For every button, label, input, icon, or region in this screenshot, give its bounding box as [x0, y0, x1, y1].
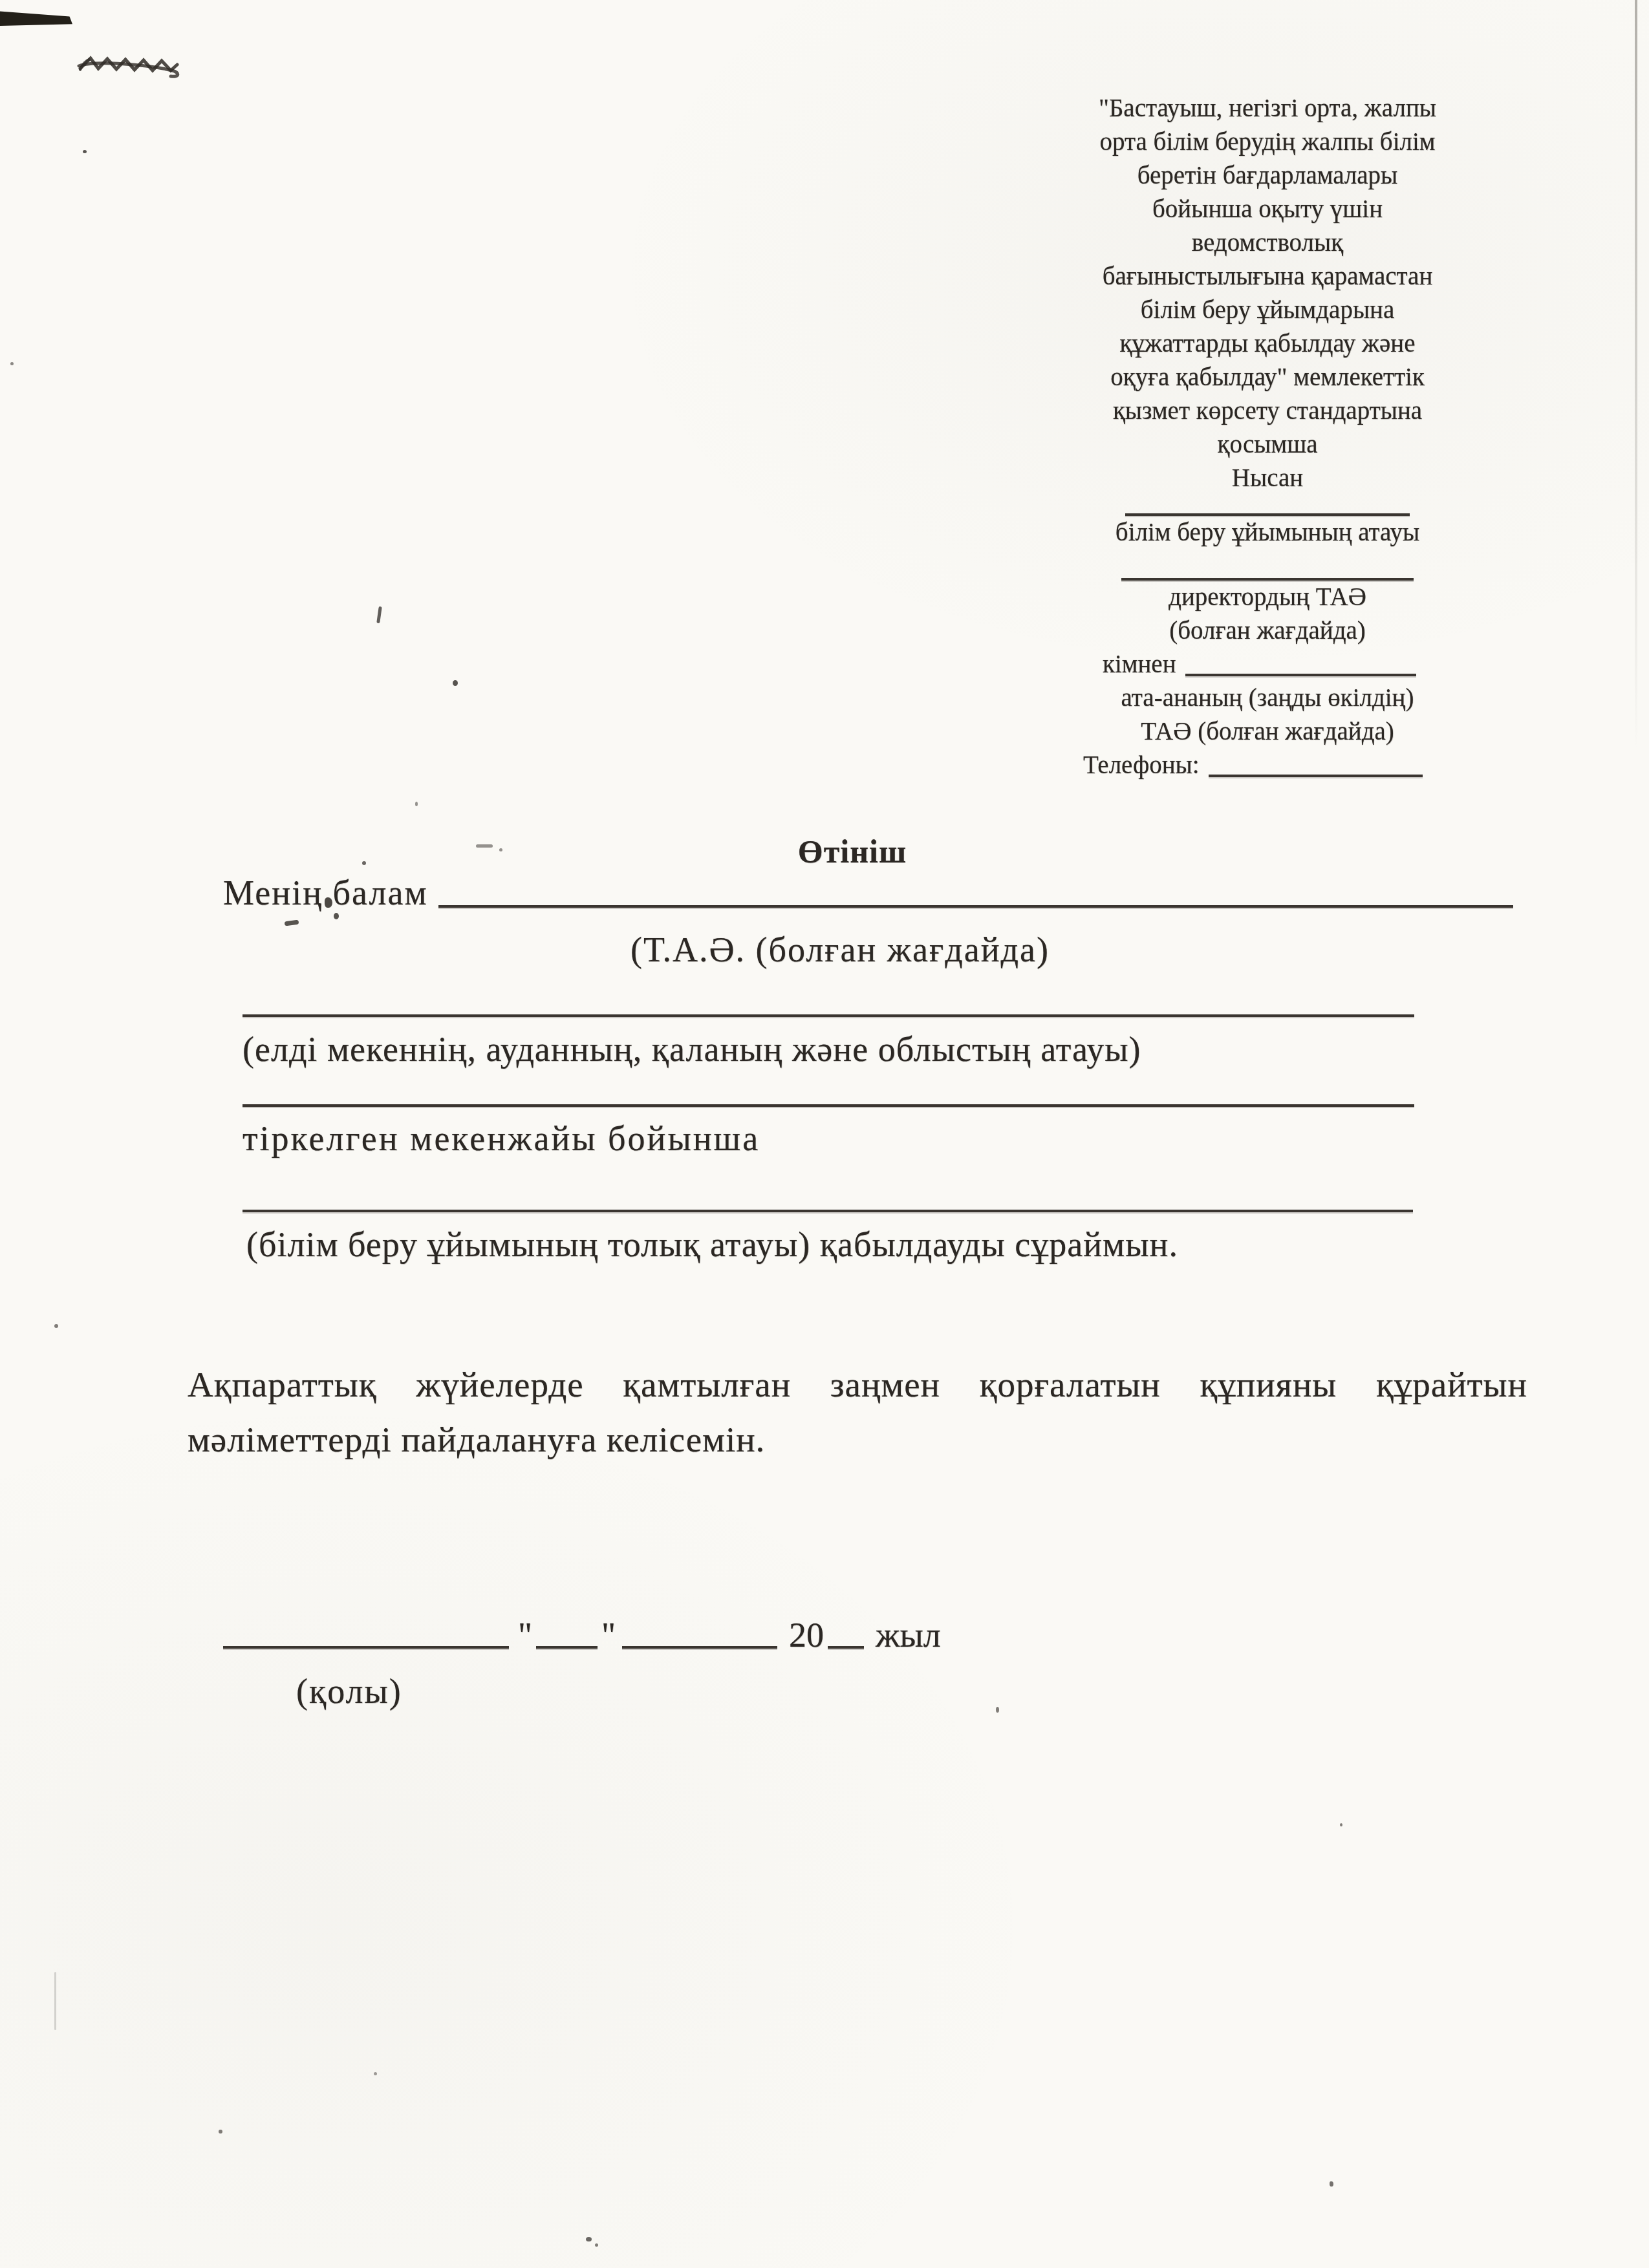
parent-caption-line1: ата-ананың (заңды өкілдің)	[1041, 681, 1494, 715]
child-name-field-row: Менің балам	[223, 874, 1513, 912]
director-caption-line1: директордың ТАӘ	[1041, 581, 1494, 614]
child-name-caption: (Т.А.Ә. (болған жағдайда)	[630, 930, 1050, 970]
ink-speck	[586, 2237, 592, 2241]
from-label: кімнен	[1103, 648, 1185, 681]
address-blank-line	[242, 1014, 1414, 1017]
standard-reference-text: "Бастауыш, негізгі орта, жалпы орта білі…	[1041, 92, 1494, 462]
ink-speck	[415, 802, 418, 806]
signature-date-row: " " 20 жыл	[223, 1616, 941, 1654]
registered-address-text: тіркелген мекенжайы бойынша	[242, 1118, 760, 1159]
ink-speck	[376, 606, 382, 623]
scan-edge-artifact	[1635, 0, 1637, 750]
org-full-name-caption: (білім беру ұйымының толық атауы) қабылд…	[246, 1225, 1178, 1265]
year-prefix: 20	[789, 1616, 824, 1654]
year-blank-line	[828, 1646, 864, 1649]
day-blank-line	[536, 1646, 598, 1649]
ink-speck	[453, 680, 458, 686]
ink-speck	[334, 913, 339, 919]
phone-blank-line	[1209, 775, 1423, 777]
ink-speck	[285, 920, 299, 926]
application-title: Өтініш	[0, 833, 1649, 870]
ink-speck	[1340, 1823, 1342, 1826]
consent-paragraph-line2: мәліметтерді пайдалануға келісемін.	[188, 1420, 765, 1459]
consent-paragraph-line1: Ақпараттық жүйелерде қамтылған заңмен қо…	[188, 1365, 1527, 1404]
my-child-label: Менің балам	[223, 874, 438, 912]
date-open-quote: "	[518, 1616, 532, 1654]
ink-speck	[1330, 2181, 1333, 2187]
year-suffix: жыл	[876, 1616, 941, 1654]
ink-speck	[83, 150, 87, 153]
header-note: "Бастауыш, негізгі орта, жалпы орта білі…	[1041, 92, 1494, 782]
ink-speck	[10, 362, 14, 365]
org-full-name-blank-line	[242, 1210, 1413, 1212]
director-caption-line2: (болған жағдайда)	[1041, 614, 1494, 648]
ink-speck	[54, 1972, 56, 2030]
phone-field-row: Телефоны:	[1083, 749, 1423, 782]
org-name-caption: білім беру ұйымының атауы	[1041, 516, 1494, 550]
registered-address-blank-line	[242, 1104, 1414, 1107]
signature-blank-line	[223, 1646, 509, 1649]
address-caption: (елді мекеннің, ауданның, қаланың және о…	[242, 1029, 1141, 1069]
month-blank-line	[622, 1646, 777, 1649]
pen-scribble-artifact	[76, 49, 188, 83]
ink-speck	[54, 1324, 58, 1328]
scanned-application-form-page: "Бастауыш, негізгі орта, жалпы орта білі…	[0, 0, 1649, 2268]
signature-caption: (қолы)	[296, 1671, 402, 1711]
phone-label: Телефоны:	[1083, 749, 1209, 782]
ink-speck	[219, 2130, 222, 2134]
ink-speck	[374, 2072, 377, 2075]
scan-corner-artifact	[0, 8, 72, 26]
date-close-quote: "	[601, 1616, 616, 1654]
parent-caption-line2: ТАӘ (болған жағдайда)	[1041, 715, 1494, 749]
form-type-label: Нысан	[1041, 462, 1494, 495]
ink-speck	[996, 1707, 999, 1713]
child-name-blank-line	[438, 905, 1513, 908]
ink-speck	[595, 2243, 598, 2247]
from-blank-line	[1185, 674, 1416, 676]
from-field-row: кімнен	[1103, 648, 1416, 681]
